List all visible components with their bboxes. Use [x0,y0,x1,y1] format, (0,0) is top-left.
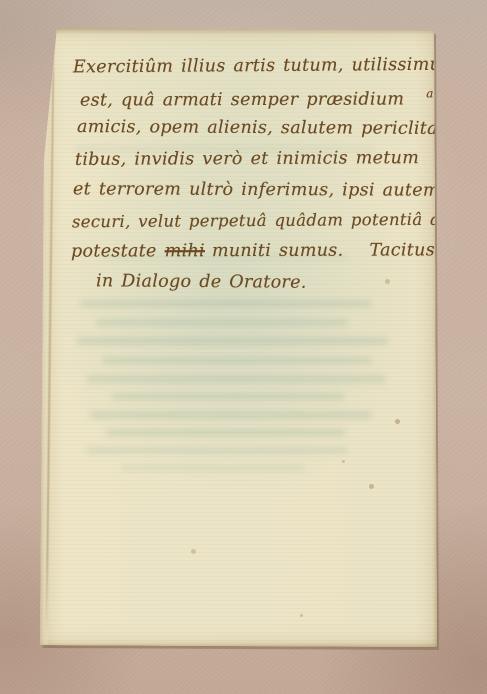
manuscript-line: securi, velut perpetuâ quâdam potentiâ a… [72,210,450,232]
manuscript-line: tibus, invidis verò et inimicis metum [75,148,419,170]
manuscript-line: Exercitiûm illius artis tutum, utilissim… [73,55,470,78]
manuscript-line: et terrorem ultrò inferimus, ipsi autem [73,179,440,200]
attribution-source: in Dialogo de Oratore. [96,271,307,292]
mount-background: Exercitiûm illius artis tutum, utilissim… [0,0,487,694]
manuscript-line: amicis, opem alienis, salutem periclitan… [77,117,456,139]
manuscript-line-text: potestate [71,241,157,261]
manuscript-page: Exercitiûm illius artis tutum, utilissim… [40,28,438,648]
manuscript-line: potestatemihimuniti sumus.Tacitus [71,240,435,261]
manuscript-line-text: est, quâ armati semper præsidium [80,89,404,110]
attribution-author: Tacitus [369,240,435,260]
struck-through-word: mihi [165,241,205,261]
manuscript-line-text: muniti sumus. [212,241,344,261]
manuscript-line: est, quâ armati semper præsidiuma [80,86,434,110]
superscript-insertion-mark: a [426,86,434,100]
